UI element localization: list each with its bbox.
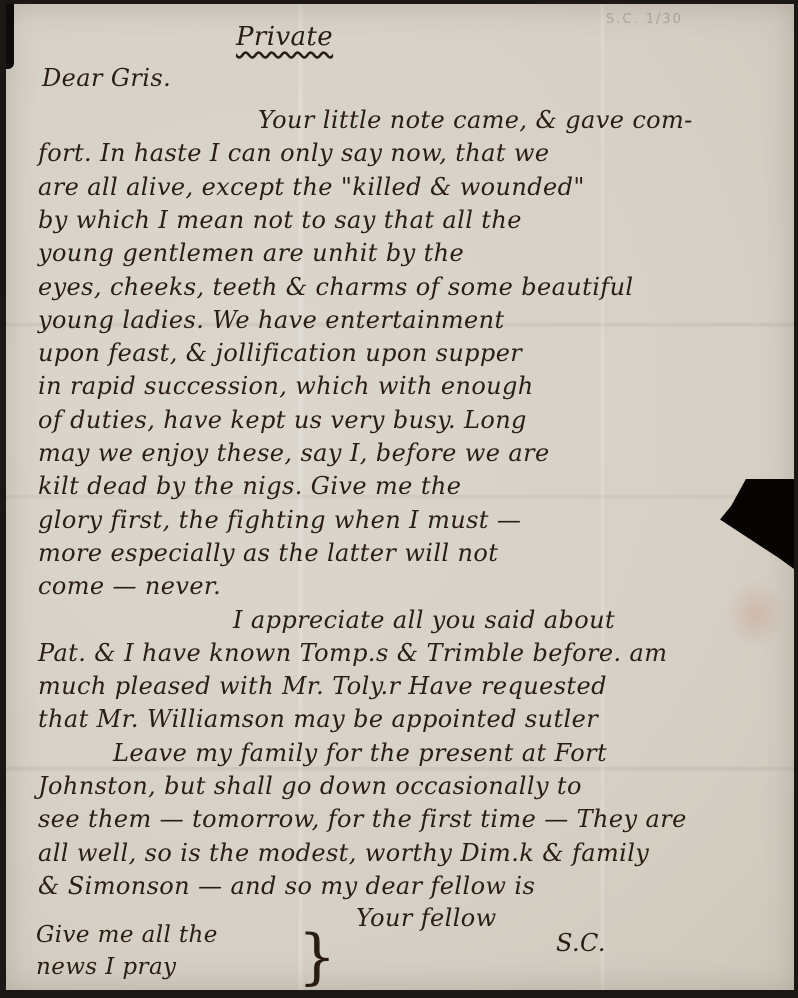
brace-mark: } bbox=[298, 922, 336, 992]
letter-line: young gentlemen are unhit by the bbox=[38, 239, 464, 267]
letter-line: that Mr. Williamson may be appointed sut… bbox=[38, 705, 598, 733]
letter-line: by which I mean not to say that all the bbox=[38, 206, 522, 234]
salutation: Dear Gris. bbox=[42, 64, 171, 92]
letter-line: of duties, have kept us very busy. Long bbox=[38, 406, 527, 434]
postscript-line-1: Give me all the bbox=[36, 922, 218, 948]
signature: S.C. bbox=[556, 929, 606, 957]
letter-line: see them — tomorrow, for the first time … bbox=[38, 805, 687, 833]
ink-stain bbox=[726, 579, 786, 649]
postscript-line-2: news I pray bbox=[36, 954, 176, 980]
letter-line: upon feast, & jollification upon supper bbox=[38, 339, 522, 367]
letter-line: eyes, cheeks, teeth & charms of some bea… bbox=[38, 273, 634, 301]
letter-line: Your little note came, & gave com- bbox=[258, 106, 693, 134]
letter-line: fort. In haste I can only say now, that … bbox=[38, 139, 549, 167]
letter-line: come — never. bbox=[38, 572, 221, 600]
archive-pencil-mark: S.C. 1/30 bbox=[606, 12, 683, 27]
letter-line: Pat. & I have known Tomp.s & Trimble bef… bbox=[38, 639, 667, 667]
letter-heading: Private bbox=[236, 22, 333, 52]
letter-line: young ladies. We have entertainment bbox=[38, 306, 505, 334]
letter-page: S.C. 1/30 Private Dear Gris. Your little… bbox=[6, 4, 794, 990]
torn-edge bbox=[6, 4, 14, 69]
letter-line: kilt dead by the nigs. Give me the bbox=[38, 472, 461, 500]
letter-line: Leave my family for the present at Fort bbox=[113, 739, 607, 767]
letter-line: may we enjoy these, say I, before we are bbox=[38, 439, 550, 467]
burn-hole bbox=[720, 479, 794, 569]
letter-line: much pleased with Mr. Toly.r Have reques… bbox=[38, 672, 607, 700]
letter-line: more especially as the latter will not bbox=[38, 539, 498, 567]
letter-line: are all alive, except the "killed & woun… bbox=[38, 173, 585, 201]
letter-line: I appreciate all you said about bbox=[233, 606, 615, 634]
letter-line: & Simonson — and so my dear fellow is bbox=[38, 872, 535, 900]
letter-line: Johnston, but shall go down occasionally… bbox=[38, 772, 582, 800]
ps-text: news I pray bbox=[36, 954, 176, 980]
letter-line: all well, so is the modest, worthy Dim.k… bbox=[38, 839, 649, 867]
letter-line: glory first, the fighting when I must — bbox=[38, 506, 521, 534]
letter-line: in rapid succession, which with enough bbox=[38, 372, 534, 400]
ps-text: Give me all the bbox=[36, 922, 218, 948]
closing: Your fellow bbox=[356, 904, 497, 932]
